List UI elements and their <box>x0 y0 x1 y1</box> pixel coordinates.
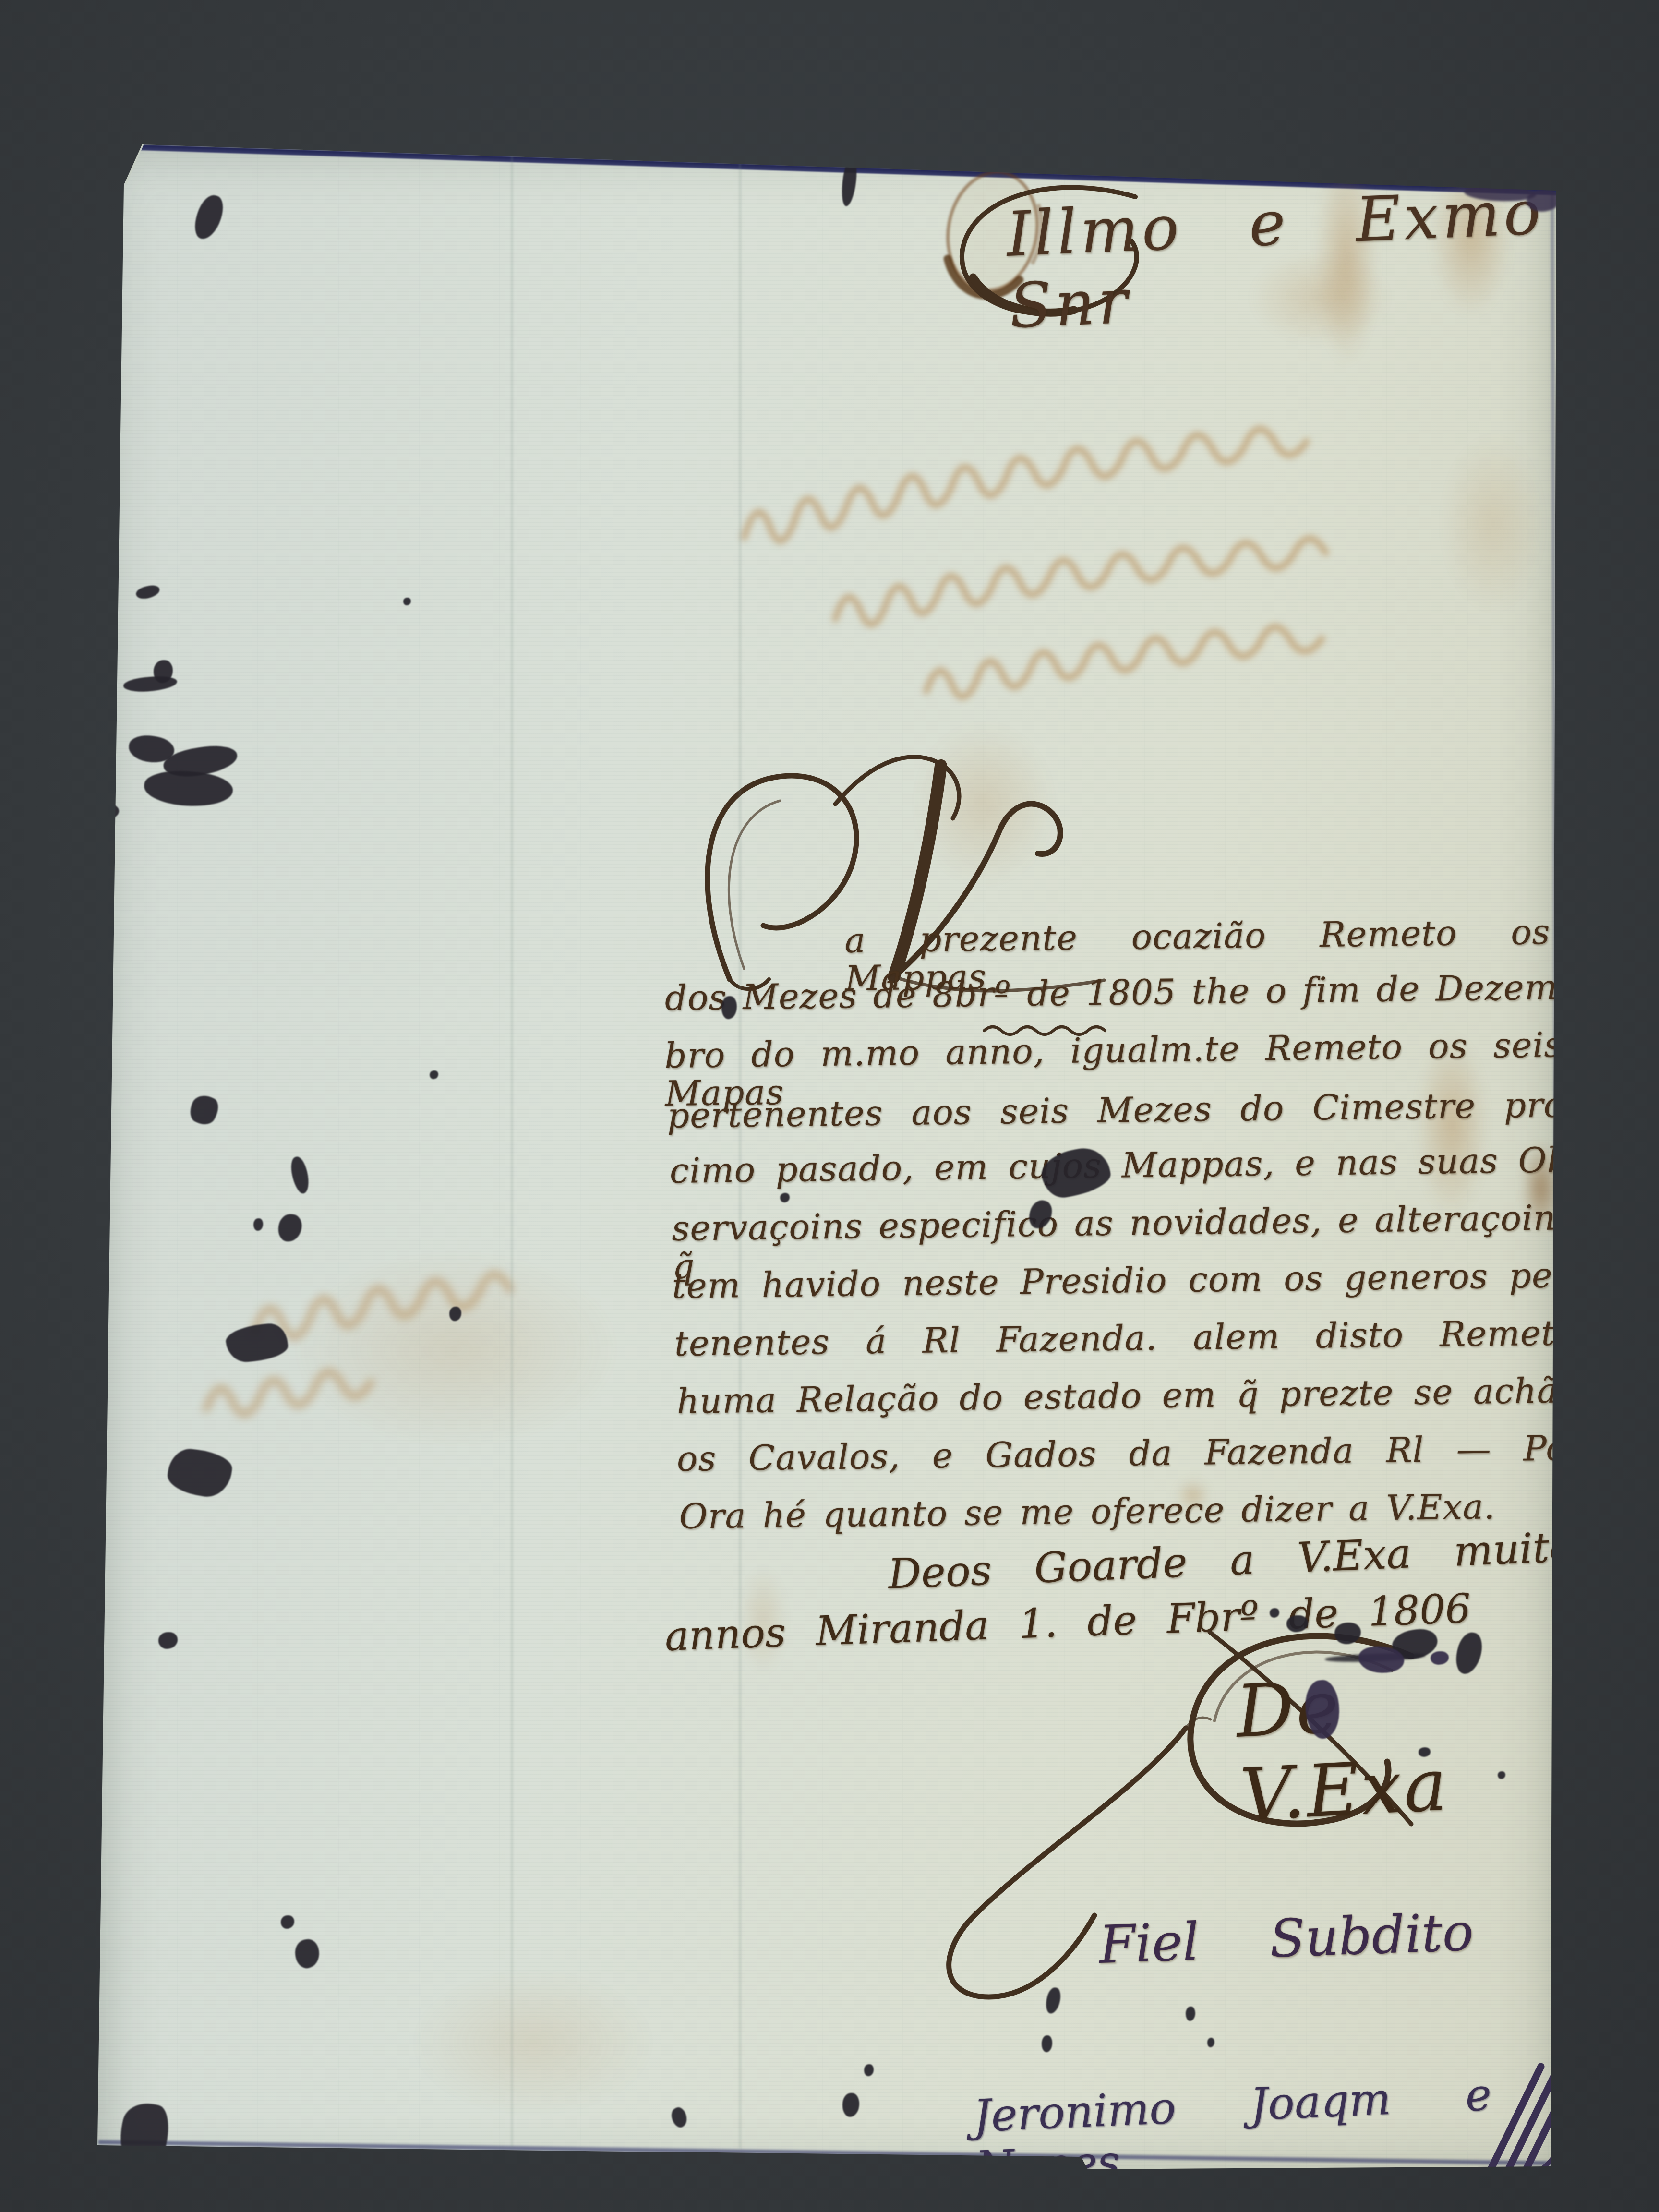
ink-blot <box>864 2064 874 2076</box>
ink-blot <box>780 1193 790 1202</box>
stain <box>408 1968 658 2117</box>
ink-blot <box>288 1155 312 1195</box>
closing-line-deos-guarde: Deos Goarde a V.Exa muito <box>887 1523 1575 1599</box>
body-line: cimo pasado, em cujos Mappas, e nas suas… <box>670 1141 1570 1190</box>
letter-page: Illmo e Exmo Snr a prezente ocazião Reme… <box>96 142 1563 2178</box>
ink-blot <box>1042 2035 1052 2052</box>
signature: Jeronimo Joaqm e Nunes <box>973 2069 1495 2193</box>
ink-blot <box>191 192 228 243</box>
ink-smudge <box>1527 190 1560 212</box>
ink-blot <box>253 1218 263 1231</box>
salutation: Illmo e Exmo Snr <box>1005 177 1548 342</box>
ink-bleedthrough-ghost-text <box>720 446 1560 734</box>
ink-blot <box>1186 2007 1195 2021</box>
ink-blot <box>403 598 411 605</box>
fold-crease <box>511 151 513 2148</box>
ink-blot <box>166 1446 234 1499</box>
ink-blot <box>293 1938 321 1970</box>
ink-blot <box>96 804 119 819</box>
underline-1805 <box>979 1020 1123 1039</box>
ink-blot <box>842 2093 859 2117</box>
body-line: huma Relação do estado em q̃ prezte se a… <box>677 1371 1580 1420</box>
body-line: Ora hé quanto se me oferece dizer a V.Ex… <box>679 1488 1496 1536</box>
ink-blot <box>186 1091 222 1129</box>
subscription-fiel-subdito: Fiel Subdito <box>1098 1902 1475 1975</box>
ink-blot <box>143 768 234 810</box>
body-line: os Cavalos, e Gados da Fazenda Rl — Por <box>677 1429 1585 1478</box>
ink-blot <box>158 1632 178 1649</box>
body-line: tenentes á Rl Fazenda. alem disto Remeto <box>674 1314 1577 1363</box>
ink-blot <box>1207 2038 1214 2047</box>
ink-blot <box>669 2105 690 2129</box>
valediction: De V.Exa <box>1234 1654 1567 1838</box>
signature-rubric <box>1469 2050 1584 2189</box>
ink-blot <box>113 2098 175 2172</box>
ink-blot <box>276 1213 303 1244</box>
folded-corner <box>121 143 150 191</box>
ink-blot <box>135 584 161 601</box>
ink-blot <box>281 1915 294 1929</box>
ink-blot <box>840 158 858 207</box>
ink-blot <box>430 1070 438 1079</box>
photo-background: { "letter": { "salutation": "Illmo e Exm… <box>0 0 1659 2212</box>
